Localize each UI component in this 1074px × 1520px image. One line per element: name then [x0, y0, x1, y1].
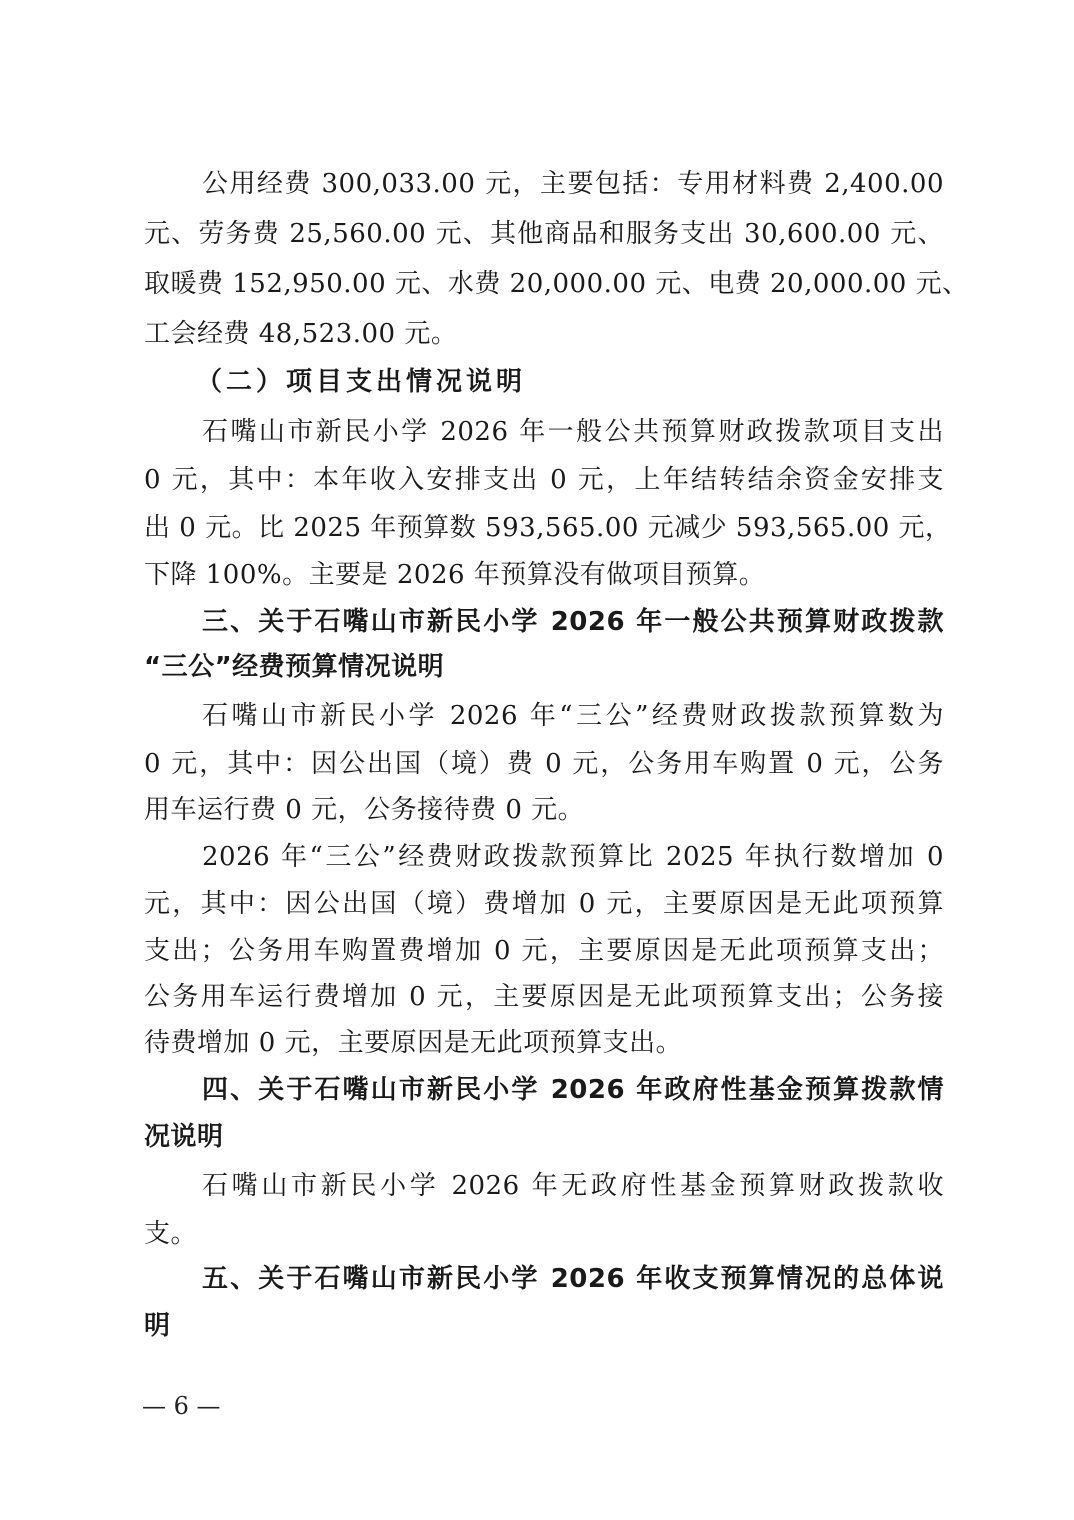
section-4-heading-line-2: 况说明	[144, 1113, 944, 1161]
section-3-para1-line-3: 用车运行费 0 元，公务接待费 0 元。	[144, 786, 944, 834]
section-3-para2-line-5: 待费增加 0 元，主要原因是无此项预算支出。	[144, 1019, 944, 1067]
section-5-heading-line-1: 五、关于石嘴山市新民小学 2026 年收支预算情况的总体说	[202, 1255, 944, 1303]
section-3-para1-line-2: 0 元，其中：因公出国（境）费 0 元，公务用车购置 0 元，公务	[144, 740, 944, 788]
section-4-para-line-1: 石嘴山市新民小学 2026 年无政府性基金预算财政拨款收	[202, 1162, 944, 1210]
section-3-para2-line-4: 公务用车运行费增加 0 元，主要原因是无此项预算支出；公务接	[144, 973, 944, 1021]
page-number: — 6 —	[142, 1386, 221, 1426]
section-2-line-4: 下降 100%。主要是 2026 年预算没有做项目预算。	[144, 551, 944, 599]
section-3-heading-line-2: “三公”经费预算情况说明	[144, 643, 944, 691]
public-funds-line-1: 公用经费 300,033.00 元，主要包括：专用材料费 2,400.00	[202, 160, 944, 208]
section-2-line-2: 0 元，其中：本年收入安排支出 0 元，上年结转结余资金安排支	[144, 456, 944, 504]
document-page: 公用经费 300,033.00 元，主要包括：专用材料费 2,400.00 元、…	[0, 0, 1074, 1520]
public-funds-line-2: 元、劳务费 25,560.00 元、其他商品和服务支出 30,600.00 元、	[144, 210, 944, 258]
section-3-para2-line-1: 2026 年“三公”经费财政拨款预算比 2025 年执行数增加 0	[202, 833, 944, 881]
public-funds-line-3: 取暖费 152,950.00 元、水费 20,000.00 元、电费 20,00…	[144, 260, 944, 308]
section-4-para-line-2: 支。	[144, 1210, 944, 1258]
section-2-line-3: 出 0 元。比 2025 年预算数 593,565.00 元减少 593,565…	[144, 504, 944, 552]
public-funds-line-4: 工会经费 48,523.00 元。	[144, 310, 944, 358]
section-4-heading-line-1: 四、关于石嘴山市新民小学 2026 年政府性基金预算拨款情	[202, 1066, 944, 1114]
section-2-heading: （二）项目支出情况说明	[196, 358, 996, 406]
section-3-heading-line-1: 三、关于石嘴山市新民小学 2026 年一般公共预算财政拨款	[202, 598, 944, 646]
section-3-para2-line-2: 元，其中：因公出国（境）费增加 0 元，主要原因是无此项预算	[144, 880, 944, 928]
section-5-heading-line-2: 明	[144, 1302, 944, 1350]
section-3-para2-line-3: 支出；公务用车购置费增加 0 元，主要原因是无此项预算支出；	[144, 927, 944, 975]
section-2-line-1: 石嘴山市新民小学 2026 年一般公共预算财政拨款项目支出	[202, 408, 944, 456]
section-3-para1-line-1: 石嘴山市新民小学 2026 年“三公”经费财政拨款预算数为	[202, 692, 944, 740]
